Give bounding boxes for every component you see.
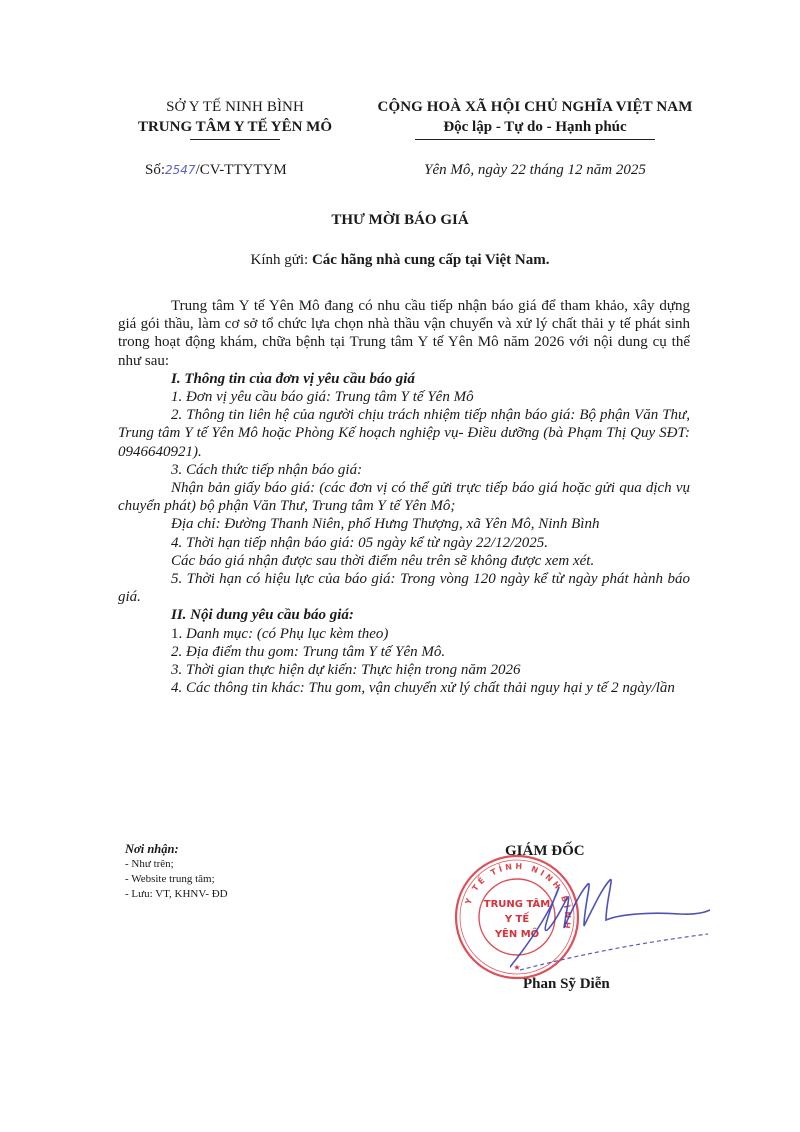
recipients-label: Nơi nhận: bbox=[125, 842, 228, 857]
section-2-item: 4. Các thông tin khác: Thu gom, vận chuy… bbox=[118, 679, 690, 697]
section-1-item: Nhận bản giấy báo giá: (các đơn vị có th… bbox=[118, 479, 690, 515]
national-title: CỘNG HOÀ XÃ HỘI CHỦ NGHĨA VIỆT NAM bbox=[360, 97, 710, 117]
section-1-heading: I. Thông tin của đơn vị yêu cầu báo giá bbox=[118, 370, 690, 388]
intro-paragraph: Trung tâm Y tế Yên Mô đang có nhu cầu ti… bbox=[118, 297, 690, 370]
issuer-underline bbox=[190, 139, 280, 140]
handwritten-number: 2547 bbox=[165, 163, 196, 177]
issuer-header: SỞ Y TẾ NINH BÌNH TRUNG TÂM Y TẾ YÊN MÔ bbox=[110, 97, 360, 140]
section-2-heading: II. Nội dung yêu cầu báo giá: bbox=[118, 606, 690, 624]
recipients-item: - Website trung tâm; bbox=[125, 872, 228, 887]
section-2-item-number: 1. bbox=[171, 626, 182, 642]
handwritten-signature-icon bbox=[510, 872, 710, 972]
signatory-title: GIÁM ĐỐC bbox=[505, 843, 585, 860]
section-1-item: 1. Đơn vị yêu cầu báo giá: Trung tâm Y t… bbox=[118, 388, 690, 406]
document-number-prefix: Số: bbox=[145, 162, 165, 178]
letter-body: Trung tâm Y tế Yên Mô đang có nhu cầu ti… bbox=[118, 297, 690, 697]
section-2-item: 2. Địa điểm thu gom: Trung tâm Y tế Yên … bbox=[118, 643, 690, 661]
section-1-item: 2. Thông tin liên hệ của người chịu trác… bbox=[118, 406, 690, 461]
section-2-item: 3. Thời gian thực hiện dự kiến: Thực hiệ… bbox=[118, 661, 690, 679]
place-and-date: Yên Mô, ngày 22 tháng 12 năm 2025 bbox=[360, 162, 710, 179]
national-motto: Độc lập - Tự do - Hạnh phúc bbox=[360, 117, 710, 137]
document-number: Số:2547/CV-TTYTYM bbox=[145, 162, 287, 179]
recipients-item: - Lưu: VT, KHNV- ĐD bbox=[125, 887, 228, 902]
section-1-item: Các báo giá nhận được sau thời điểm nêu … bbox=[118, 552, 690, 570]
issuer-department: SỞ Y TẾ NINH BÌNH bbox=[110, 97, 360, 117]
signatory-name: Phan Sỹ Diễn bbox=[523, 976, 610, 993]
recipient-line: Kính gửi: Các hãng nhà cung cấp tại Việt… bbox=[0, 252, 800, 269]
recipients-list: Nơi nhận: - Như trên; - Website trung tâ… bbox=[125, 842, 228, 902]
document-title: THƯ MỜI BÁO GIÁ bbox=[0, 212, 800, 229]
section-2-item-text: Danh mục: (có Phụ lục kèm theo) bbox=[182, 626, 388, 642]
motto-underline bbox=[415, 139, 655, 140]
document-number-suffix: /CV-TTYTYM bbox=[196, 162, 287, 178]
document-page: SỞ Y TẾ NINH BÌNH TRUNG TÂM Y TẾ YÊN MÔ … bbox=[0, 0, 800, 1132]
recipient-label: Kính gửi: bbox=[251, 252, 312, 268]
recipients-item: - Như trên; bbox=[125, 857, 228, 872]
section-1-item: Địa chỉ: Đường Thanh Niên, phố Hưng Thượ… bbox=[118, 515, 690, 533]
national-header: CỘNG HOÀ XÃ HỘI CHỦ NGHĨA VIỆT NAM Độc l… bbox=[360, 97, 710, 140]
section-2-item: 1. Danh mục: (có Phụ lục kèm theo) bbox=[118, 625, 690, 643]
section-1-item: 3. Cách thức tiếp nhận báo giá: bbox=[118, 461, 690, 479]
issuer-organization: TRUNG TÂM Y TẾ YÊN MÔ bbox=[110, 117, 360, 137]
section-1-item: 4. Thời hạn tiếp nhận báo giá: 05 ngày k… bbox=[118, 534, 690, 552]
recipient-value: Các hãng nhà cung cấp tại Việt Nam. bbox=[312, 252, 550, 268]
section-1-item: 5. Thời hạn có hiệu lực của báo giá: Tro… bbox=[118, 570, 690, 606]
